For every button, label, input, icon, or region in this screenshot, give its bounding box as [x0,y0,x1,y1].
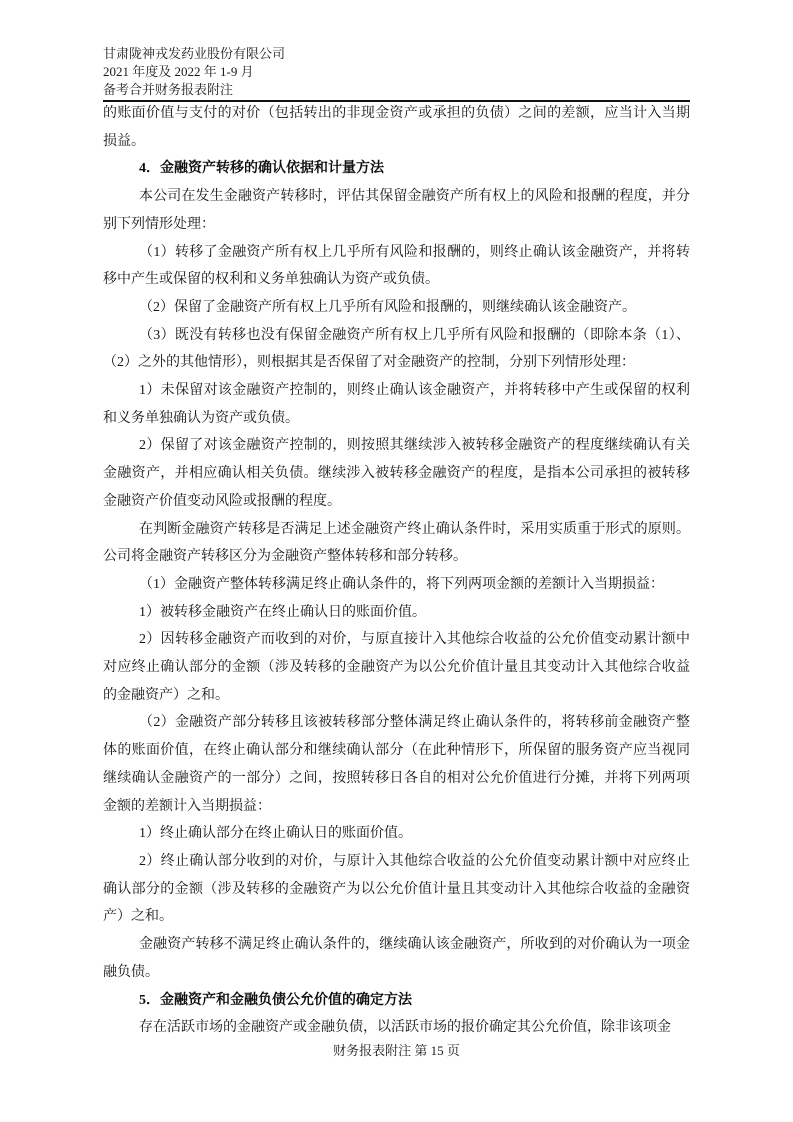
paragraph: 在判断金融资产转移是否满足上述金融资产终止确认条件时，采用实质重于形式的原则。公… [103,516,690,571]
paragraph: 2）保留了对该金融资产控制的，则按照其继续涉入被转移金融资产的程度继续确认有关金… [103,432,690,515]
paragraph: 1）被转移金融资产在终止确认日的账面价值。 [103,599,690,627]
header-doc-title: 备考合并财务报表附注 [103,81,690,99]
paragraph: （2）金融资产部分转移且该被转移部分整体满足终止确认条件的，将转移前金融资产整体… [103,709,690,820]
paragraph: （2）保留了金融资产所有权上几乎所有风险和报酬的，则继续确认该金融资产。 [103,294,690,322]
paragraph: （3）既没有转移也没有保留金融资产所有权上几乎所有风险和报酬的（即除本条（1）、… [103,322,690,377]
section-heading-4: 4．金融资产转移的确认依据和计量方法 [103,155,690,183]
document-page: 甘肃陇神戎发药业股份有限公司 2021 年度及 2022 年 1-9 月 备考合… [0,0,793,1122]
document-body: 的账面价值与支付的对价（包括转出的非现金资产或承担的负债）之间的差额，应当计入当… [103,100,690,1042]
paragraph: 存在活跃市场的金融资产或金融负债，以活跃市场的报价确定其公允价值，除非该项金 [103,1014,690,1042]
paragraph: 本公司在发生金融资产转移时，评估其保留金融资产所有权上的风险和报酬的程度，并分别… [103,183,690,238]
section-heading-5: 5．金融资产和金融负债公允价值的确定方法 [103,987,690,1015]
paragraph: 1）未保留对该金融资产控制的，则终止确认该金融资产，并将转移中产生或保留的权利和… [103,377,690,432]
header-company-name: 甘肃陇神戎发药业股份有限公司 [103,45,690,63]
page-footer: 财务报表附注 第 15 页 [0,1042,793,1060]
paragraph: 金融资产转移不满足终止确认条件的，继续确认该金融资产，所收到的对价确认为一项金融… [103,931,690,986]
paragraph: （1）金融资产整体转移满足终止确认条件的，将下列两项金额的差额计入当期损益： [103,571,690,599]
paragraph: 2）因转移金融资产而收到的对价，与原直接计入其他综合收益的公允价值变动累计额中对… [103,626,690,709]
page-header: 甘肃陇神戎发药业股份有限公司 2021 年度及 2022 年 1-9 月 备考合… [103,45,690,102]
paragraph: （1）转移了金融资产所有权上几乎所有风险和报酬的，则终止确认该金融资产，并将转移… [103,239,690,294]
header-report-period: 2021 年度及 2022 年 1-9 月 [103,63,690,81]
continuation-paragraph: 的账面价值与支付的对价（包括转出的非现金资产或承担的负债）之间的差额，应当计入当… [103,100,690,155]
paragraph: 2）终止确认部分收到的对价，与原计入其他综合收益的公允价值变动累计额中对应终止确… [103,848,690,931]
footer-page-label: 财务报表附注 第 15 页 [333,1043,460,1058]
paragraph: 1）终止确认部分在终止确认日的账面价值。 [103,820,690,848]
